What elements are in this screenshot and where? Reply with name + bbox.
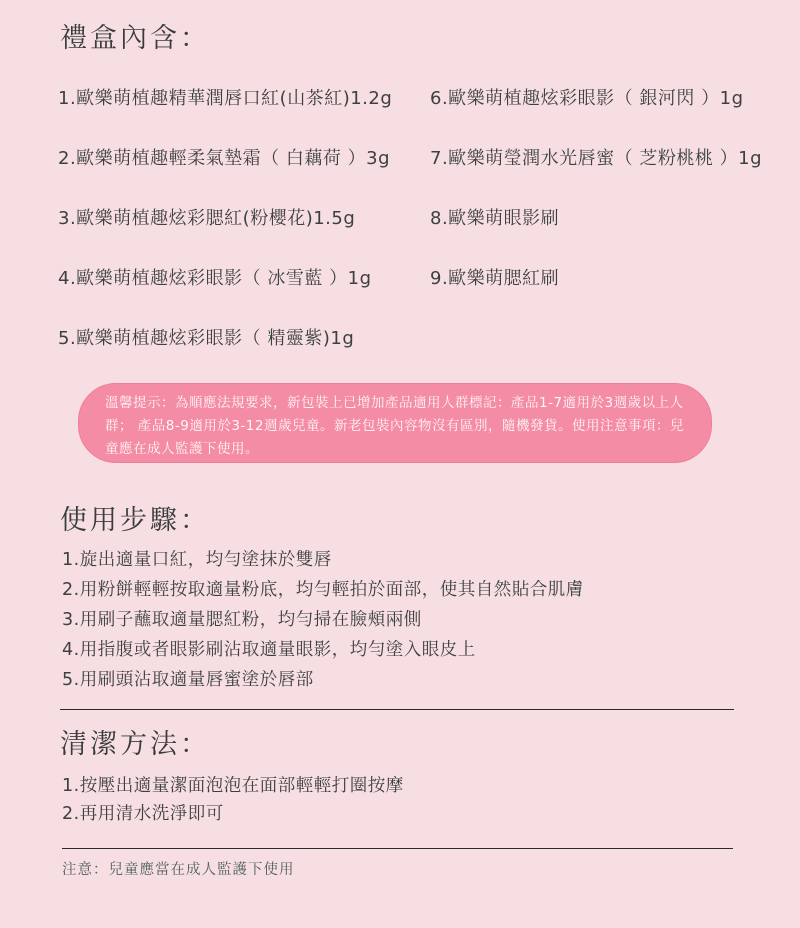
- cleaning-steps-list: 1.按壓出適量潔面泡泡在面部輕輕打圈按摩 2.再用清水洗淨即可: [62, 772, 404, 828]
- list-item: 2.歐樂萌植趣輕柔氣墊霜（ 白藕荷 ）3g: [58, 146, 430, 206]
- usage-step: 3.用刷子蘸取適量腮紅粉，均勻掃在臉頰兩側: [62, 605, 584, 635]
- list-item: 4.歐樂萌植趣炫彩眼影（ 冰雪藍 ）1g: [58, 266, 430, 326]
- footer-divider: [62, 848, 733, 849]
- list-item: 5.歐樂萌植趣炫彩眼影（ 精靈紫)1g: [58, 326, 430, 386]
- section-divider: [60, 709, 734, 710]
- usage-step: 2.用粉餅輕輕按取適量粉底，均勻輕拍於面部，使其自然貼合肌膚: [62, 575, 584, 605]
- usage-step: 4.用指腹或者眼影刷沾取適量眼影，均勻塗入眼皮上: [62, 635, 584, 665]
- usage-step: 5.用刷頭沾取適量唇蜜塗於唇部: [62, 665, 584, 695]
- cleaning-step: 2.再用清水洗淨即可: [62, 800, 404, 828]
- gift-box-contents-list: 1.歐樂萌植趣精華潤唇口紅(山茶紅)1.2g 2.歐樂萌植趣輕柔氣墊霜（ 白藕荷…: [58, 86, 770, 386]
- supervision-warning-note: 注意：兒童應當在成人監護下使用: [62, 858, 295, 879]
- list-item: 7.歐樂萌瑩潤水光唇蜜（ 芝粉桃桃 ）1g: [430, 146, 770, 206]
- usage-steps-list: 1.旋出適量口紅，均勻塗抹於雙唇 2.用粉餅輕輕按取適量粉底，均勻輕拍於面部，使…: [62, 545, 584, 695]
- list-item: 1.歐樂萌植趣精華潤唇口紅(山茶紅)1.2g: [58, 86, 430, 146]
- list-item: 6.歐樂萌植趣炫彩眼影（ 銀河閃 ）1g: [430, 86, 770, 146]
- list-item: 3.歐樂萌植趣炫彩腮紅(粉櫻花)1.5g: [58, 206, 430, 266]
- cleaning-step: 1.按壓出適量潔面泡泡在面部輕輕打圈按摩: [62, 772, 404, 800]
- list-item: 9.歐樂萌腮紅刷: [430, 266, 770, 326]
- list-item: 8.歐樂萌眼影刷: [430, 206, 770, 266]
- product-info-page: 禮盒內含： 1.歐樂萌植趣精華潤唇口紅(山茶紅)1.2g 2.歐樂萌植趣輕柔氣墊…: [0, 0, 800, 928]
- gift-box-contents-title: 禮盒內含：: [60, 16, 210, 55]
- cleaning-method-title: 清潔方法：: [60, 722, 210, 761]
- regulation-notice-banner: 溫馨提示：為順應法規要求，新包裝上已增加產品適用人群標記：產品1-7適用於3週歲…: [78, 383, 712, 463]
- usage-steps-title: 使用步驟：: [60, 498, 210, 537]
- usage-step: 1.旋出適量口紅，均勻塗抹於雙唇: [62, 545, 584, 575]
- notice-text: 產品8-9適用於3-12週歲兒童。新老包裝內容物沒有區別，隨機發貨。使用注意事項…: [105, 418, 684, 457]
